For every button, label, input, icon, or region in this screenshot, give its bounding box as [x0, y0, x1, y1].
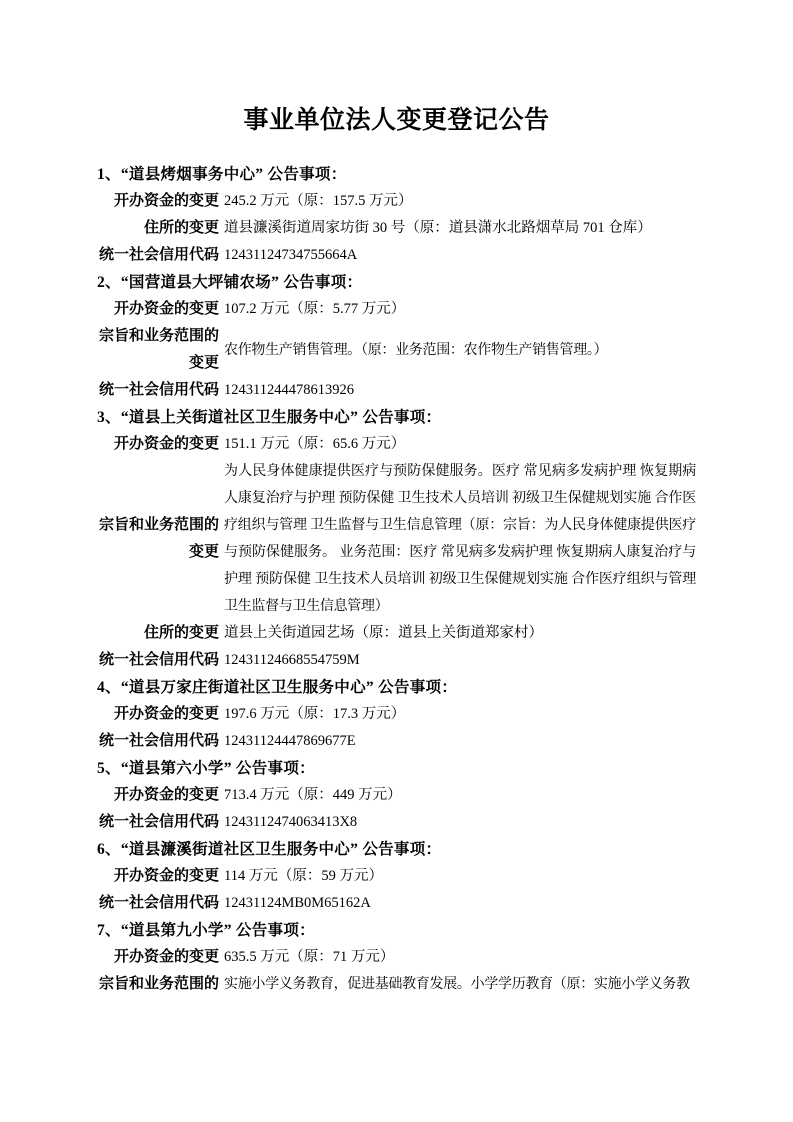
field-label: 开办资金的变更 [97, 782, 219, 809]
field-value: 12431124668554759M [219, 647, 696, 674]
field-row-capital: 开办资金的变更 713.4 万元（原：449 万元） [97, 782, 696, 809]
field-row-credit-code: 统一社会信用代码 12431124734755664A [97, 242, 696, 269]
field-value: 道县濂溪街道周家坊街 30 号（原：道县潇水北路烟草局 701 仓库） [219, 215, 696, 242]
field-row-capital: 开办资金的变更 197.6 万元（原：17.3 万元） [97, 701, 696, 728]
field-label: 统一社会信用代码 [97, 377, 219, 404]
item-heading: 6、“道县濂溪街道社区卫生服务中心” 公告事项： [97, 836, 696, 863]
field-row-capital: 开办资金的变更 635.5 万元（原：71 万元） [97, 944, 696, 971]
announcement-item-5: 5、“道县第六小学” 公告事项： 开办资金的变更 713.4 万元（原：449 … [97, 755, 696, 836]
field-label: 开办资金的变更 [97, 296, 219, 323]
field-value: 245.2 万元（原：157.5 万元） [219, 188, 696, 215]
field-label: 开办资金的变更 [97, 431, 219, 458]
field-value: 713.4 万元（原：449 万元） [219, 782, 696, 809]
field-value: 农作物生产销售管理。（原：业务范围：农作物生产销售管理。） [219, 337, 696, 364]
announcement-item-3: 3、“道县上关街道社区卫生服务中心” 公告事项： 开办资金的变更 151.1 万… [97, 404, 696, 674]
field-label: 开办资金的变更 [97, 188, 219, 215]
field-row-credit-code: 统一社会信用代码 12431124447869677E [97, 728, 696, 755]
field-value: 12431124734755664A [219, 242, 696, 269]
field-row-credit-code: 统一社会信用代码 124311244478613926 [97, 377, 696, 404]
item-heading: 5、“道县第六小学” 公告事项： [97, 755, 696, 782]
field-label: 住所的变更 [97, 620, 219, 647]
field-row-credit-code: 统一社会信用代码 12431124MB0M65162A [97, 890, 696, 917]
item-heading: 7、“道县第九小学” 公告事项： [97, 917, 696, 944]
announcement-item-7: 7、“道县第九小学” 公告事项： 开办资金的变更 635.5 万元（原：71 万… [97, 917, 696, 998]
field-value: 道县上关街道园艺场（原：道县上关街道郑家村） [219, 620, 696, 647]
field-label: 开办资金的变更 [97, 863, 219, 890]
field-label: 开办资金的变更 [97, 944, 219, 971]
field-label: 宗旨和业务范围的变更 [97, 323, 219, 377]
field-label: 统一社会信用代码 [97, 647, 219, 674]
item-heading: 2、“国营道县大坪铺农场” 公告事项： [97, 269, 696, 296]
field-value: 为人民身体健康提供医疗与预防保健服务。医疗 常见病多发病护理 恢复期病人康复治疗… [219, 458, 696, 620]
field-label: 宗旨和业务范围的变更 [97, 512, 219, 566]
field-row-scope: 宗旨和业务范围的变更 为人民身体健康提供医疗与预防保健服务。医疗 常见病多发病护… [97, 458, 696, 620]
field-row-credit-code: 统一社会信用代码 1243112474063413X8 [97, 809, 696, 836]
field-label: 统一社会信用代码 [97, 728, 219, 755]
field-value: 635.5 万元（原：71 万元） [219, 944, 696, 971]
field-row-capital: 开办资金的变更 151.1 万元（原：65.6 万元） [97, 431, 696, 458]
field-label: 统一社会信用代码 [97, 242, 219, 269]
field-row-capital: 开办资金的变更 245.2 万元（原：157.5 万元） [97, 188, 696, 215]
field-value: 151.1 万元（原：65.6 万元） [219, 431, 696, 458]
item-heading: 3、“道县上关街道社区卫生服务中心” 公告事项： [97, 404, 696, 431]
field-row-capital: 开办资金的变更 107.2 万元（原：5.77 万元） [97, 296, 696, 323]
field-label: 统一社会信用代码 [97, 809, 219, 836]
field-row-scope: 宗旨和业务范围的变更 农作物生产销售管理。（原：业务范围：农作物生产销售管理。） [97, 323, 696, 377]
field-label: 开办资金的变更 [97, 701, 219, 728]
document-title: 事业单位法人变更登记公告 [97, 103, 696, 137]
item-heading: 1、“道县烤烟事务中心” 公告事项： [97, 161, 696, 188]
field-value: 12431124447869677E [219, 728, 696, 755]
announcement-item-2: 2、“国营道县大坪铺农场” 公告事项： 开办资金的变更 107.2 万元（原：5… [97, 269, 696, 404]
field-label: 宗旨和业务范围的 [97, 971, 219, 998]
field-value: 197.6 万元（原：17.3 万元） [219, 701, 696, 728]
field-label: 统一社会信用代码 [97, 890, 219, 917]
field-row-address: 住所的变更 道县濂溪街道周家坊街 30 号（原：道县潇水北路烟草局 701 仓库… [97, 215, 696, 242]
field-value: 1243112474063413X8 [219, 809, 696, 836]
field-value: 107.2 万元（原：5.77 万元） [219, 296, 696, 323]
field-value: 12431124MB0M65162A [219, 890, 696, 917]
announcement-item-6: 6、“道县濂溪街道社区卫生服务中心” 公告事项： 开办资金的变更 114 万元（… [97, 836, 696, 917]
item-heading: 4、“道县万家庄街道社区卫生服务中心” 公告事项： [97, 674, 696, 701]
announcement-item-1: 1、“道县烤烟事务中心” 公告事项： 开办资金的变更 245.2 万元（原：15… [97, 161, 696, 269]
document-page: 事业单位法人变更登记公告 1、“道县烤烟事务中心” 公告事项： 开办资金的变更 … [0, 0, 793, 1122]
field-row-credit-code: 统一社会信用代码 12431124668554759M [97, 647, 696, 674]
announcement-item-4: 4、“道县万家庄街道社区卫生服务中心” 公告事项： 开办资金的变更 197.6 … [97, 674, 696, 755]
field-row-capital: 开办资金的变更 114 万元（原：59 万元） [97, 863, 696, 890]
field-value: 114 万元（原：59 万元） [219, 863, 696, 890]
field-value: 124311244478613926 [219, 377, 696, 404]
field-value: 实施小学义务教育，促进基础教育发展。小学学历教育（原：实施小学义务教 [219, 971, 696, 998]
field-row-scope: 宗旨和业务范围的 实施小学义务教育，促进基础教育发展。小学学历教育（原：实施小学… [97, 971, 696, 998]
field-label: 住所的变更 [97, 215, 219, 242]
field-row-address: 住所的变更 道县上关街道园艺场（原：道县上关街道郑家村） [97, 620, 696, 647]
